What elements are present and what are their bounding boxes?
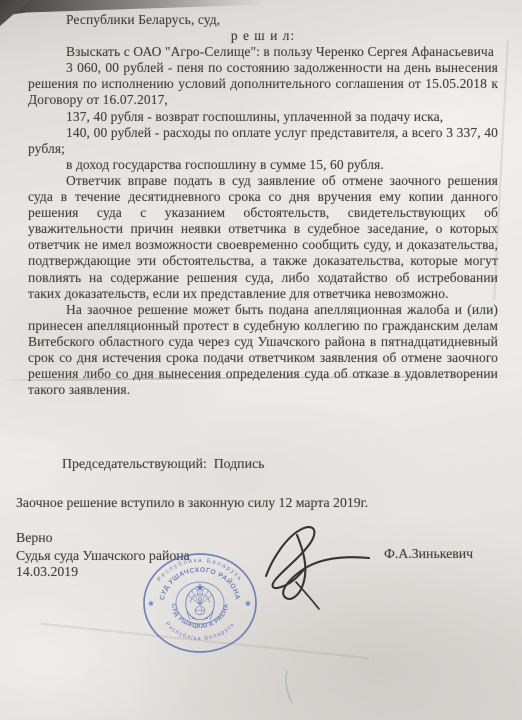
faint-ink-smudge [286, 671, 292, 703]
handwritten-signature [266, 527, 369, 609]
ink-overlay [0, 0, 522, 720]
document-photo: Республики Беларусь, суд, р е ш и л: Взы… [0, 0, 522, 720]
